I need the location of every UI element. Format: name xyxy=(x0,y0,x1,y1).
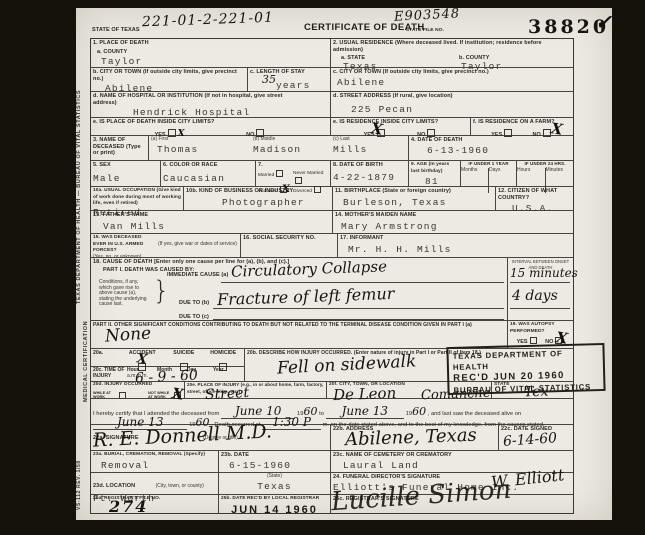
injury-20d-label: 20d. INJURY OCCURRED xyxy=(93,382,183,389)
occupation-label: 10a. USUAL OCCUPATION (Give kind of work… xyxy=(93,188,181,208)
burial-date-value: 6-15-1960 xyxy=(229,461,328,471)
place-county-value: Taylor xyxy=(101,57,328,67)
first-name-value: Thomas xyxy=(157,145,249,155)
sex-label: 5. SEX xyxy=(93,162,158,169)
cemetery-label: 23c. NAME OF CEMETERY OR CREMATORY xyxy=(333,452,571,459)
age-value: 81 xyxy=(425,177,458,187)
residence-city-label: c. CITY OR TOWN (If outside city limits,… xyxy=(333,69,571,76)
conditions-brace: } xyxy=(153,276,170,306)
burial-date-label: 23b. DATE xyxy=(221,452,328,459)
race-label: 6. COLOR OR RACE xyxy=(163,162,253,169)
birthplace-label: 11. BIRTHPLACE (State or foreign country… xyxy=(335,188,493,195)
conditions-note: Conditions, if any, which gave rise to a… xyxy=(99,280,151,308)
father-name-label: 13. FATHER'S NAME xyxy=(93,212,330,219)
interval-b-handwritten: 4 days xyxy=(512,288,558,304)
burial-value: Removal xyxy=(101,461,216,471)
industry-value: Photographer xyxy=(222,198,330,208)
date-of-birth-label: 8. DATE OF BIRTH xyxy=(333,162,406,169)
state-file-no-label: STATE FILE NO. xyxy=(406,28,444,35)
last-name-label: (c) Last xyxy=(333,137,406,143)
interval-a-handwritten: 15 minutes xyxy=(510,266,578,280)
ssn-label: 16. SOCIAL SECURITY NO. xyxy=(243,235,335,242)
margin-agency-text: TEXAS DEPARTMENT OF HEALTH — BUREAU OF V… xyxy=(76,92,83,304)
certificate-form: 1. PLACE OF DEATH a. COUNTY Taylor 2. US… xyxy=(90,38,574,514)
due-to-c-label: DUE TO (c) xyxy=(179,314,209,321)
injury-20a-label: 20a. xyxy=(93,350,121,356)
serial-number-handwritten: 221-01-2-221-01 xyxy=(142,10,274,31)
hospital-value: Hendrick Hospital xyxy=(133,108,328,118)
margin-form-code-text: VS-112 REV. 1/58 xyxy=(76,432,83,510)
race-value: Caucasian xyxy=(163,174,253,184)
first-name-label: (a) First xyxy=(151,137,249,143)
birthplace-value: Burleson, Texas xyxy=(343,198,493,208)
usual-residence-label: 2. USUAL RESIDENCE (Where deceased lived… xyxy=(333,40,571,53)
location-sub-label: (City, town, or county) xyxy=(156,483,204,489)
length-of-stay-typed: years xyxy=(276,81,311,91)
date-of-death-value: 6-13-1960 xyxy=(427,146,571,156)
due-to-b-handwritten: Fracture of left femur xyxy=(217,284,395,309)
recd-date-label: 25b. DATE REC'D BY LOCAL REGISTRAR xyxy=(221,496,328,503)
while-at-work: WHILE AT WORK xyxy=(93,391,128,399)
residence-inside-city-label: e. IS RESIDENCE INSIDE CITY LIMITS? xyxy=(333,119,468,126)
last-name-value: Mills xyxy=(333,145,406,155)
received-stamp: TEXAS DEPARTMENT OF HEALTH REC'D JUN 20 … xyxy=(446,343,605,395)
checkbox-married xyxy=(276,170,283,177)
location-state-sub-label: (State) xyxy=(221,474,328,480)
margin-medical-certification-text: MEDICAL CERTIFICATION xyxy=(83,298,90,402)
immediate-cause-label: IMMEDIATE CAUSE (a) xyxy=(167,272,228,279)
middle-name-label: (b) Middle xyxy=(253,137,329,143)
part2-handwritten: None xyxy=(104,323,151,346)
recd-date-stamp: JUN 14 1960 xyxy=(221,504,328,516)
part2-label: PART II. OTHER SIGNIFICANT CONDITIONS CO… xyxy=(93,322,505,329)
hospital-label: d. NAME OF HOSPITAL OR INSTITUTION (If n… xyxy=(93,93,303,106)
informant-value: Mr. H. H. Mills xyxy=(348,245,571,255)
residence-city-value: Abilene xyxy=(337,78,571,88)
certificate-paper: TEXAS DEPARTMENT OF HEALTH — BUREAU OF V… xyxy=(76,8,612,520)
certify-to-year: 60 xyxy=(412,405,426,418)
sex-value: Male xyxy=(93,174,158,184)
place-city-label: b. CITY OR TOWN (If outside city limits,… xyxy=(93,69,245,82)
suicide-label: SUICIDE xyxy=(164,350,203,356)
armed-forces-sub2: (If yes, give war or dates of service) xyxy=(158,242,238,248)
marital-status-label: 7. xyxy=(258,162,328,169)
street-address-value: 225 Pecan xyxy=(351,105,571,115)
not-while-at-work: NOT WHILE AT WORKX xyxy=(148,391,183,399)
marital-never-married: Never Married xyxy=(293,170,328,186)
industry-label: 10b. KIND OF BUSINESS OR INDUSTRY xyxy=(186,188,330,195)
informant-label: 17. INFORMANT xyxy=(340,235,571,242)
homicide-label: HOMICIDE xyxy=(204,350,243,356)
x-mark-accident: X xyxy=(136,351,148,367)
date-signed-handwritten: 6-14-60 xyxy=(503,430,558,450)
burial-label: 23a. BURIAL, CREMATION, REMOVAL (Specify… xyxy=(93,452,216,459)
middle-name-value: Madison xyxy=(253,145,329,155)
place-county-label: a. COUNTY xyxy=(97,49,328,56)
age-label: 9. AGE (In years last birthday) xyxy=(411,162,458,175)
checkbox-autopsy-yes xyxy=(530,337,537,344)
scanned-death-certificate: TEXAS DEPARTMENT OF HEALTH — BUREAU OF V… xyxy=(0,0,645,535)
mother-name-value: Mary Armstrong xyxy=(341,222,571,232)
due-to-b-label: DUE TO (b) xyxy=(179,300,209,307)
state-of-texas-label: STATE OF TEXAS xyxy=(92,27,140,34)
armed-forces-label: 15. WAS DECEASED EVER IN U.S. ARMED FORC… xyxy=(93,235,154,255)
street-address-label: d. STREET ADDRESS (If rural, give locati… xyxy=(333,93,571,100)
physician-address-handwritten: Abilene, Texas xyxy=(345,425,477,451)
checkbox-never-married xyxy=(295,177,302,184)
name-of-deceased-label: 3. NAME OF DECEASED (Type or print) xyxy=(93,137,146,157)
citizen-label: 12. CITIZEN OF WHAT COUNTRY? xyxy=(498,188,571,201)
date-of-birth-value: 4-22-1879 xyxy=(333,173,406,183)
place-inside-city-label: e. IS PLACE OF DEATH INSIDE CITY LIMITS? xyxy=(93,119,328,126)
registrar-file-handwritten: 274 xyxy=(109,497,148,516)
check-mark: ✓ xyxy=(595,10,612,34)
certify-to-date: June 13 xyxy=(326,404,404,419)
mother-name-label: 14. MOTHER'S MAIDEN NAME xyxy=(335,212,571,219)
location-label: 23d. LOCATION xyxy=(93,483,135,489)
certify-text-3: , and last saw the deceased alive on xyxy=(428,411,521,417)
year-label: Year xyxy=(213,367,239,380)
father-name-value: Van Mills xyxy=(103,222,330,232)
date-of-death-label: 4. DATE OF DEATH xyxy=(411,137,571,144)
place-of-death-label: 1. PLACE OF DEATH xyxy=(93,40,328,47)
length-of-stay-handwritten: 35 xyxy=(262,73,276,86)
state-file-no-handwritten: E903548 xyxy=(394,6,461,24)
physician-signature: R. E. Donnell M.D. xyxy=(93,420,273,451)
checkbox-while-at-work xyxy=(119,392,126,399)
time-of-injury-label: 20c. TIME OF INJURY xyxy=(93,367,127,380)
location-state-value: Texas xyxy=(221,482,328,492)
